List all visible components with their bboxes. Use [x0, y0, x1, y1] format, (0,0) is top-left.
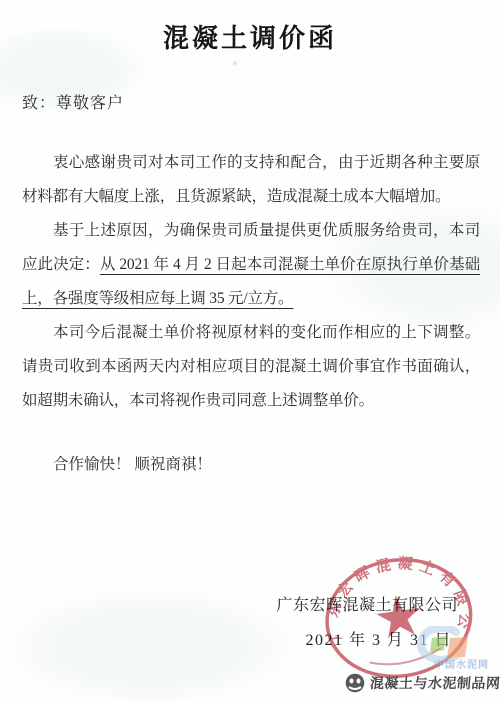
brand-logo-icon	[345, 673, 365, 693]
paragraph-confirmation: 本司今后混凝土单价将视原材料的变化而作相应的上下调整。请贵司收到本函两天内对相应…	[22, 316, 480, 418]
paragraph-decision: 基于上述原因，为确保贵司质量提供更优质服务给贵司，本司应此决定：从 2021 年…	[22, 214, 480, 316]
cement-net-watermark-logo: 中国水泥网	[396, 626, 496, 671]
brand-name: 混凝土与水泥制品网	[369, 673, 500, 693]
footer-brand: 混凝土与水泥制品网	[345, 671, 500, 695]
green-square-icon	[430, 636, 446, 652]
letter-page: 混凝土调价函 致：尊敬客户 衷心感谢贵司对本司工作的支持和配合，由于近期各种主要…	[0, 0, 500, 703]
salutation: 致：尊敬客户	[22, 90, 124, 113]
paragraph-thanks: 衷心感谢贵司对本司工作的支持和配合，由于近期各种主要原材料都有大幅度上涨，且货源…	[22, 146, 480, 214]
orange-square-icon	[447, 637, 468, 658]
signoff-line: 合作愉快！ 顺祝商祺！	[22, 452, 212, 474]
watermark-site-text: 中国水泥网	[434, 658, 489, 671]
letter-title: 混凝土调价函	[0, 18, 500, 55]
